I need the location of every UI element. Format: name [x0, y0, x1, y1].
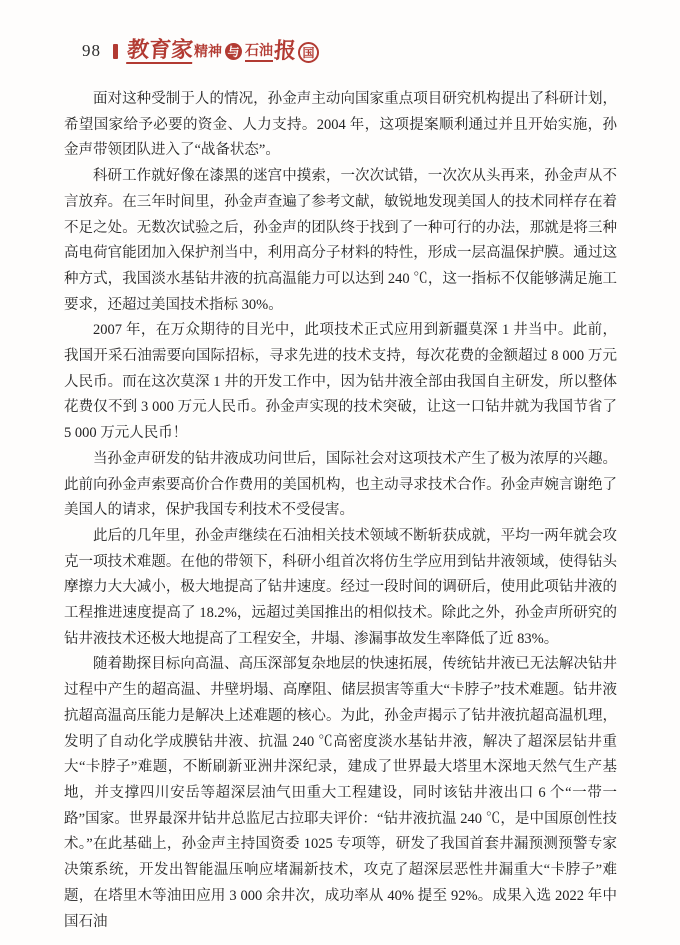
paragraph: 2007 年，在万众期待的目光中，此项技术正式应用到新疆莫深 1 井当中。此前，…: [64, 318, 617, 447]
paragraph: 随着勘探目标向高温、高压深部复杂地层的快速拓展，传统钻井液已无法解决钻井过程中产…: [64, 652, 617, 935]
logo-guo-circle-icon: 国: [298, 42, 319, 63]
page-header: 98 教育家 精神 与 石油 报 国: [82, 36, 616, 66]
logo-text-petroleum: 石油: [245, 45, 273, 62]
book-page: 98 教育家 精神 与 石油 报 国 面对这种受制于人的情况，孙金声主动向国家重…: [0, 0, 680, 945]
logo-text-bao: 报: [273, 40, 297, 62]
header-divider-bar: [113, 44, 118, 59]
logo-text-spirit: 精神: [194, 46, 222, 60]
page-body: 面对这种受制于人的情况，孙金声主动向国家重点项目研究机构提出了科研计划，希望国家…: [64, 87, 617, 935]
book-title-logo: 教育家 精神 与 石油 报 国: [127, 39, 319, 64]
paragraph: 面对这种受制于人的情况，孙金声主动向国家重点项目研究机构提出了科研计划，希望国家…: [64, 87, 617, 164]
paragraph: 科研工作就好像在漆黑的迷宫中摸索，一次次试错，一次次从头再来，孙金声从不言放弃。…: [64, 164, 617, 318]
page-number: 98: [82, 41, 101, 61]
logo-text-educator: 教育家: [126, 39, 194, 64]
paragraph: 此后的几年里，孙金声继续在石油相关技术领域不断斩获成就，平均一两年就会攻克一项技…: [64, 524, 617, 653]
logo-yu-badge-icon: 与: [225, 43, 242, 60]
paragraph: 当孙金声研发的钻井液成功问世后，国际社会对这项技术产生了极为浓厚的兴趣。此前向孙…: [64, 447, 617, 524]
